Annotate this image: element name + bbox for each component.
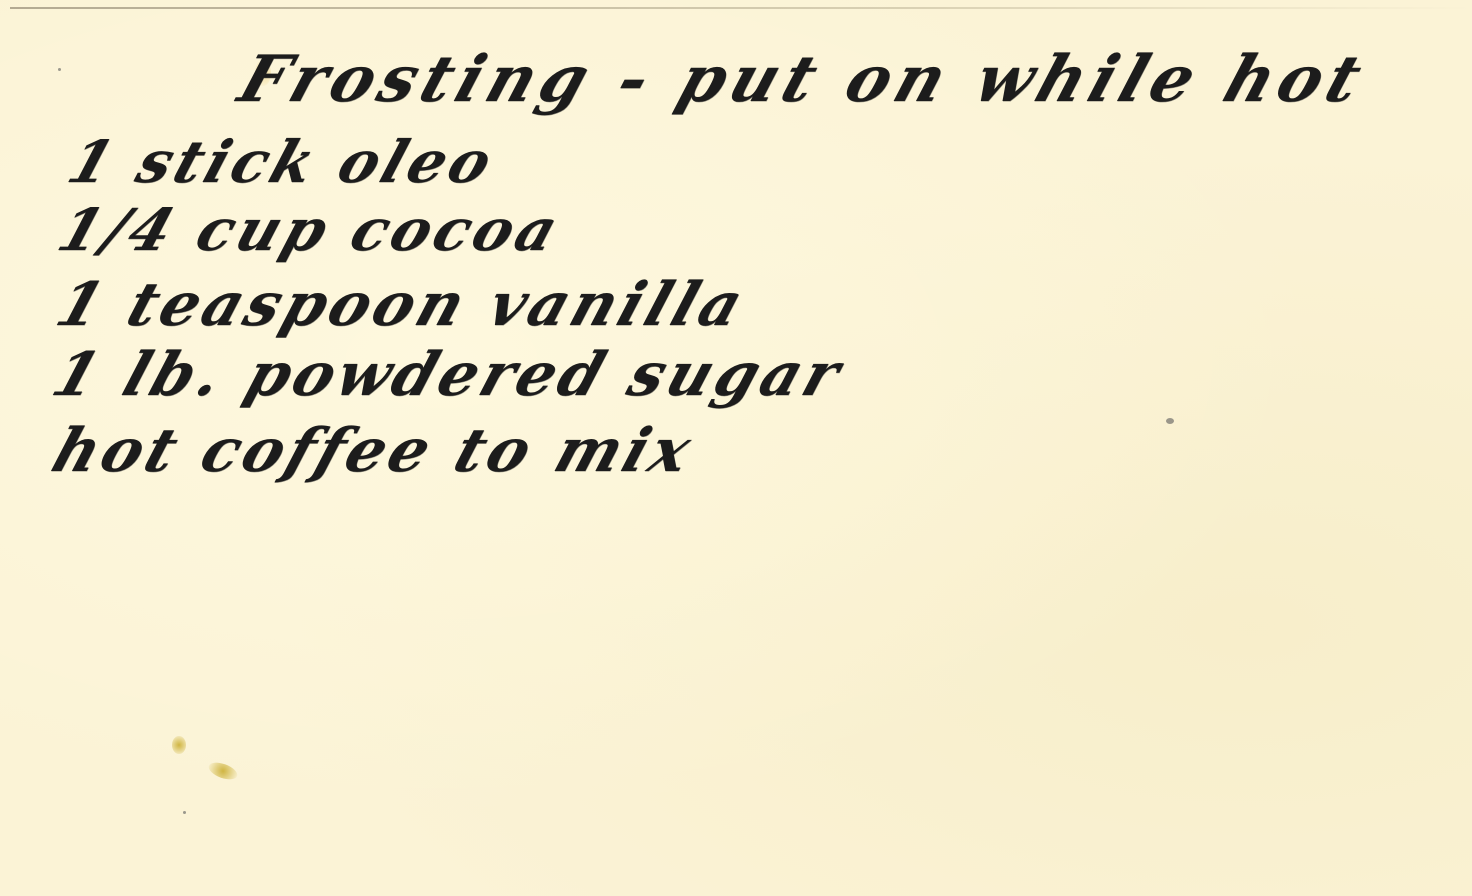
ingredient-line: 1 stick oleo bbox=[60, 128, 504, 196]
ink-speck bbox=[1166, 418, 1174, 424]
recipe-card: Frosting - put on while hot 1 stick oleo… bbox=[0, 0, 1472, 896]
ingredient-line: 1 lb. powdered sugar bbox=[44, 340, 852, 410]
ingredient-line: 1/4 cup cocoa bbox=[50, 196, 570, 264]
stain bbox=[207, 759, 240, 782]
ink-speck bbox=[58, 68, 61, 71]
ingredient-line: hot coffee to mix bbox=[44, 416, 703, 486]
ink-speck bbox=[183, 811, 186, 814]
ingredient-line: 1 teaspoon vanilla bbox=[48, 270, 755, 340]
stain bbox=[172, 736, 186, 754]
card-top-edge bbox=[10, 7, 1472, 9]
recipe-title: Frosting - put on while hot bbox=[230, 42, 1376, 117]
